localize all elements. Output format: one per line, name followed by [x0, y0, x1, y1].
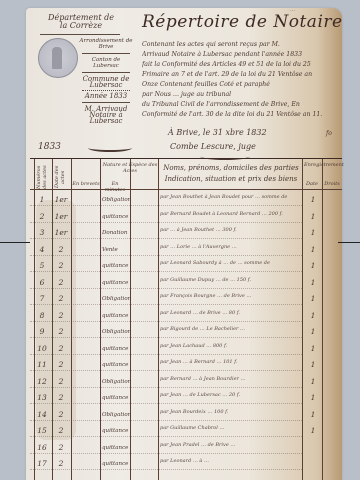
register-table: Numéros des actes Date des actes Nature … [30, 158, 342, 480]
entry-date: 2 [54, 459, 68, 468]
entry-number: 12 [35, 377, 49, 386]
entry-parties: par Jean Bourdeix … 100 f. [160, 409, 328, 416]
entry-number: 13 [35, 393, 49, 402]
header-parties: Noms, prénoms, domiciles des parties Ind… [162, 163, 300, 185]
entry-nature: quittance [102, 280, 146, 286]
entry-registration-mark: 1 [308, 278, 318, 287]
header-rule [30, 189, 342, 190]
table-row: 52quittancepar Leonard Sabourdy à … de …… [30, 259, 342, 274]
entry-date: 2 [54, 377, 68, 386]
row-guide-line [30, 370, 302, 371]
row-guide-line [30, 205, 302, 206]
entry-date: 2 [54, 311, 68, 320]
entry-nature: Obligation [102, 329, 146, 335]
entry-date: 2 [54, 261, 68, 270]
entry-number: 15 [35, 426, 49, 435]
entry-date: 2 [54, 278, 68, 287]
entry-number: 17 [35, 459, 49, 468]
row-guide-line [30, 255, 302, 256]
row-guide-line [30, 436, 302, 437]
row-guide-line [30, 288, 302, 289]
document-title: Répertoire de Notaire [142, 12, 343, 32]
stamp-seal-icon [38, 38, 78, 78]
entry-registration-mark: 1 [308, 228, 318, 237]
register-number: 1833 [38, 142, 61, 152]
entry-number: 5 [35, 261, 49, 270]
entry-nature: Donation [102, 230, 146, 236]
row-guide-line [30, 354, 302, 355]
entry-parties: par Jean … à Bernard … 101 f. [160, 359, 328, 366]
table-row: 132quittancepar Jean … de Lubersac … 20 … [30, 391, 342, 406]
entry-nature: Obligation [102, 197, 146, 203]
entry-parties: par Leonard Sabourdy à … de … somme de [160, 260, 328, 267]
entry-registration-mark: 1 [308, 195, 318, 204]
entry-date: 2 [54, 327, 68, 336]
entry-registration-mark: 1 [308, 360, 318, 369]
entry-number: 14 [35, 410, 49, 419]
table-row: 112quittancepar Jean … à Bernard … 101 f… [30, 358, 342, 373]
preamble-line: Contenant les actes qui seront reçus par… [142, 40, 347, 50]
entry-nature: quittance [102, 461, 146, 467]
place-date: À Brive, le 31 xbre 1832 [168, 128, 267, 137]
entry-parties: par Guillaume Dupuy … de … 150 f. [160, 277, 328, 284]
entry-date: 2 [54, 294, 68, 303]
entry-number: 10 [35, 344, 49, 353]
entry-parties: par Bernard … à Jean Bourdier … [160, 376, 328, 383]
entry-parties: par Jean Pradel … de Brive … [160, 442, 328, 449]
preamble-line: du Tribunal Civil de l'arrondissement de… [142, 100, 347, 110]
entry-number: 6 [35, 278, 49, 287]
entry-parties: par Bigourd de … Le Bachelier … [160, 326, 328, 333]
entry-date: 2 [54, 344, 68, 353]
divider [82, 102, 130, 103]
notary-label: M. Arrivaud Notaire à Lubersac [78, 106, 134, 124]
entry-nature: quittance [102, 346, 146, 352]
row-guide-line [30, 453, 302, 454]
seal-figure-icon [52, 47, 62, 69]
entry-date: 2 [54, 426, 68, 435]
table-row: 72Obligationpar François Bourgne … de Br… [30, 292, 342, 307]
entry-number: 1 [35, 195, 49, 204]
header-nature: Nature et Espèce des Actes [102, 162, 158, 174]
row-guide-line [30, 222, 302, 223]
entry-number: 2 [35, 212, 49, 221]
preamble-line: fait la Conformité des Articles 49 et 51… [142, 60, 347, 70]
entry-number: 4 [35, 245, 49, 254]
entry-parties: par Jean Lachaud … 800 f. [160, 343, 328, 350]
row-guide-line [30, 469, 302, 470]
entry-nature: Obligation [102, 379, 146, 385]
entry-number: 11 [35, 360, 49, 369]
year-label: Année 1833 [78, 93, 134, 99]
entry-registration-mark: 1 [308, 311, 318, 320]
entry-date: 2 [54, 443, 68, 452]
flourish-ornament [88, 144, 132, 152]
entry-nature: quittance [102, 214, 146, 220]
table-row: 62quittancepar Guillaume Dupuy … de … 15… [30, 276, 342, 291]
entry-parties: par François Bourgne … de Brive … [160, 293, 328, 300]
entry-date: 1er [54, 228, 68, 237]
entry-registration-mark: 1 [308, 426, 318, 435]
header-number: Numéros des actes [36, 163, 50, 191]
divider [82, 90, 130, 91]
row-guide-line [30, 337, 302, 338]
row-guide-line [30, 403, 302, 404]
department-label: Département de la Corrèze [44, 14, 118, 30]
header-parties-line1: Noms, prénoms, domiciles des parties [162, 163, 300, 174]
preamble-line: Conformité de l'art. 30 de la dite loi d… [142, 110, 347, 120]
entry-registration-mark: 1 [308, 377, 318, 386]
entry-nature: quittance [102, 362, 146, 368]
entry-parties: par … à Jean Bouthet … 300 f. [160, 227, 328, 234]
header-registration: Enregistrement [304, 162, 340, 168]
table-row: 172quittancepar Leonard … à … [30, 457, 342, 472]
entry-number: 9 [35, 327, 49, 336]
entry-date: 2 [54, 393, 68, 402]
entry-nature: Obligation [102, 296, 146, 302]
entry-registration-mark: 1 [308, 261, 318, 270]
table-row: 122Obligationpar Bernard … à Jean Bourdi… [30, 375, 342, 390]
entry-registration-mark: 1 [308, 327, 318, 336]
jurisdiction-block: Arrondissement de Brive Canton de Lubers… [78, 38, 134, 124]
entry-parties: par Leonard … à … [160, 458, 328, 465]
entry-nature: quittance [102, 395, 146, 401]
entry-date: 2 [54, 245, 68, 254]
entry-parties: par Leonard … de Brive … 80 f. [160, 310, 328, 317]
row-guide-line [30, 238, 302, 239]
table-row: 31erDonationpar … à Jean Bouthet … 300 f… [30, 226, 342, 241]
scan-margin-mark [338, 242, 360, 243]
divider [82, 53, 130, 54]
entry-nature: quittance [102, 313, 146, 319]
row-guide-line [30, 387, 302, 388]
entry-nature: Vente [102, 247, 146, 253]
entry-number: 7 [35, 294, 49, 303]
entry-nature: quittance [102, 445, 146, 451]
preamble-line: par Nous … juge au tribunal [142, 90, 347, 100]
entry-registration-mark: 1 [308, 410, 318, 419]
divider [40, 34, 120, 35]
entry-nature: Obligation [102, 412, 146, 418]
arrondissement-label: Arrondissement de Brive [78, 38, 134, 50]
entry-number: 8 [35, 311, 49, 320]
entry-parties: par … Lorie … à l'Auvergne … [160, 244, 328, 251]
header-reg-date: Date [303, 181, 321, 187]
entry-registration-mark: 1 [308, 212, 318, 221]
entry-date: 2 [54, 410, 68, 419]
row-guide-line [30, 304, 302, 305]
header-minutes: En minutes [101, 181, 129, 193]
entry-registration-mark: 1 [308, 294, 318, 303]
entry-registration-mark: 1 [308, 245, 318, 254]
table-row: 42Ventepar … Lorie … à l'Auvergne …1 [30, 243, 342, 258]
row-guide-line [30, 420, 302, 421]
entry-parties: par Bernard Boudet à Leonard Bernard … 2… [160, 211, 328, 218]
entry-parties: par Guillaume Chabrol … [160, 425, 328, 432]
entry-registration-mark: 1 [308, 344, 318, 353]
table-row: 142Obligationpar Jean Bourdeix … 100 f.1 [30, 408, 342, 423]
canton-label: Canton de Lubersac [78, 57, 134, 69]
preamble-line: Frimaire an 7 et de l'art. 29 de la loi … [142, 70, 347, 80]
preamble-text: Contenant les actes qui seront reçus par… [142, 40, 347, 120]
header-reg-droits: Droits [323, 181, 341, 187]
row-guide-line [30, 271, 302, 272]
header-brevets: En brevets [72, 181, 100, 187]
entry-parties: par Jean Bouthet à Jean Boudet pour … so… [160, 194, 328, 201]
entry-nature: quittance [102, 263, 146, 269]
entry-nature: quittance [102, 428, 146, 434]
entry-parties: par Jean … de Lubersac … 20 f. [160, 392, 328, 399]
header-date: Date des actes [54, 163, 68, 191]
corner-note: … [290, 7, 295, 13]
scan-margin-mark [0, 242, 30, 243]
entry-registration-mark: 1 [308, 393, 318, 402]
row-guide-line [30, 321, 302, 322]
folio-mark: fo [326, 130, 332, 137]
entry-date: 2 [54, 360, 68, 369]
table-row: 102quittancepar Jean Lachaud … 800 f.1 [30, 342, 342, 357]
table-row: 92Obligationpar Bigourd de … Le Bachelie… [30, 325, 342, 340]
entry-number: 16 [35, 443, 49, 452]
preamble-line: Onze Contenant feuilles Coté et paraphé [142, 80, 347, 90]
entry-date: 1er [54, 212, 68, 221]
table-row: 21erquittancepar Bernard Boudet à Leonar… [30, 210, 342, 225]
table-row: 152quittancepar Guillaume Chabrol …1 [30, 424, 342, 439]
preamble-line: Arrivaud Notaire à Lubersac pendant l'an… [142, 50, 347, 60]
divider [82, 72, 130, 73]
commune-label: Commune de Lubersac [78, 76, 134, 88]
entry-number: 3 [35, 228, 49, 237]
judge-signature: Combe Lescure, juge [170, 142, 256, 151]
entry-date: 1er [54, 195, 68, 204]
table-row: 162quittancepar Jean Pradel … de Brive … [30, 441, 342, 456]
header-parties-line2: Indication, situation et prix des biens [162, 174, 300, 185]
table-row: 11erObligationpar Jean Bouthet à Jean Bo… [30, 193, 342, 208]
table-row: 82quittancepar Leonard … de Brive … 80 f… [30, 309, 342, 324]
